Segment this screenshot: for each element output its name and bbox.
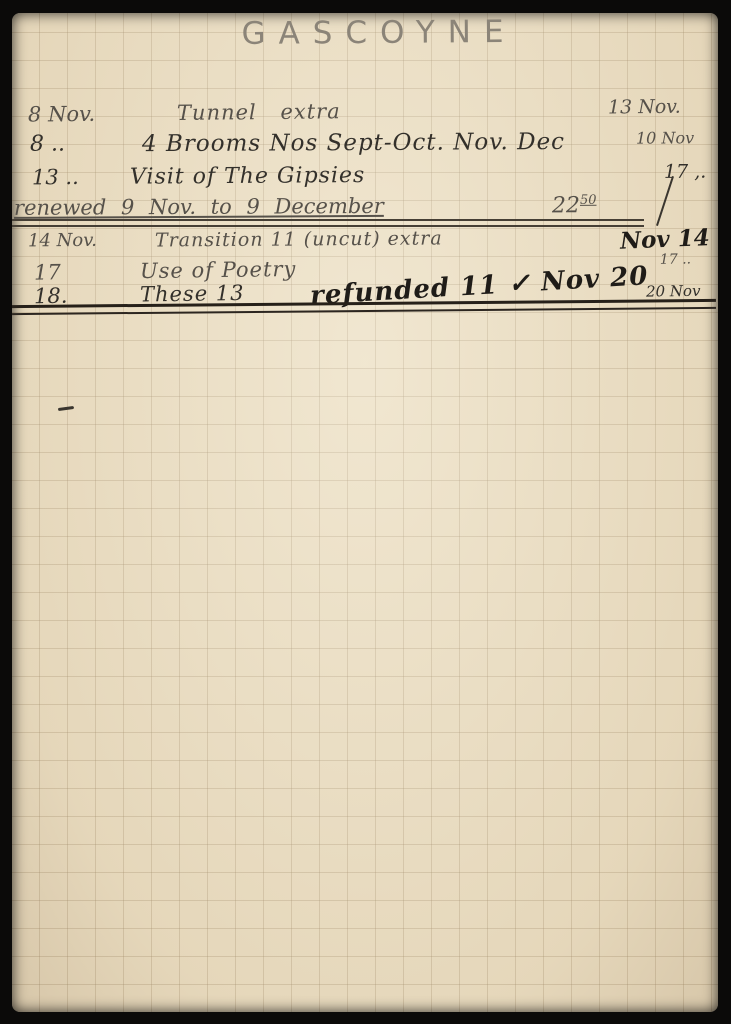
- borrow-date: 17: [34, 260, 61, 284]
- borrow-date: 14 Nov.: [28, 230, 97, 251]
- return-date: Nov 14: [619, 224, 710, 255]
- renewal-text: renewed 9 Nov. to 9 December: [14, 194, 384, 220]
- entry-row: 8 .. 4 Brooms Nos Sept-Oct. Nov. Dec 10 …: [12, 128, 718, 162]
- borrow-date: 8 Nov.: [28, 102, 95, 127]
- borrow-date: 8 ..: [30, 132, 65, 157]
- book-title: Tunnel extra: [177, 99, 341, 125]
- book-title: Use of Poetry: [140, 257, 297, 283]
- return-date: 20 Nov: [646, 282, 701, 301]
- book-title: 4 Brooms Nos Sept-Oct. Nov. Dec: [142, 129, 565, 157]
- scanned-page: { "card": { "title": "GASCOYNE", "entrie…: [0, 0, 731, 1024]
- entry-row: 13 .. Visit of The Gipsies 17 ,.: [12, 161, 718, 196]
- entry-row: 8 Nov. Tunnel extra 13 Nov.: [12, 95, 718, 132]
- book-title: Transition 11 (uncut) extra: [155, 227, 443, 251]
- renewal-cents: 50: [580, 193, 597, 208]
- return-date: 13 Nov.: [608, 96, 681, 119]
- book-title: Visit of The Gipsies: [130, 163, 365, 190]
- borrow-date: 13 ..: [32, 165, 79, 189]
- card-holder-name: GASCOYNE: [12, 13, 718, 54]
- renewal-amount: 2250: [552, 193, 597, 219]
- ink-speck: [58, 406, 74, 411]
- library-lending-card: GASCOYNE 8 Nov. Tunnel extra 13 Nov. 8 .…: [12, 13, 718, 1012]
- return-date: 10 Nov: [636, 128, 694, 147]
- return-date: 17 ..: [660, 251, 691, 267]
